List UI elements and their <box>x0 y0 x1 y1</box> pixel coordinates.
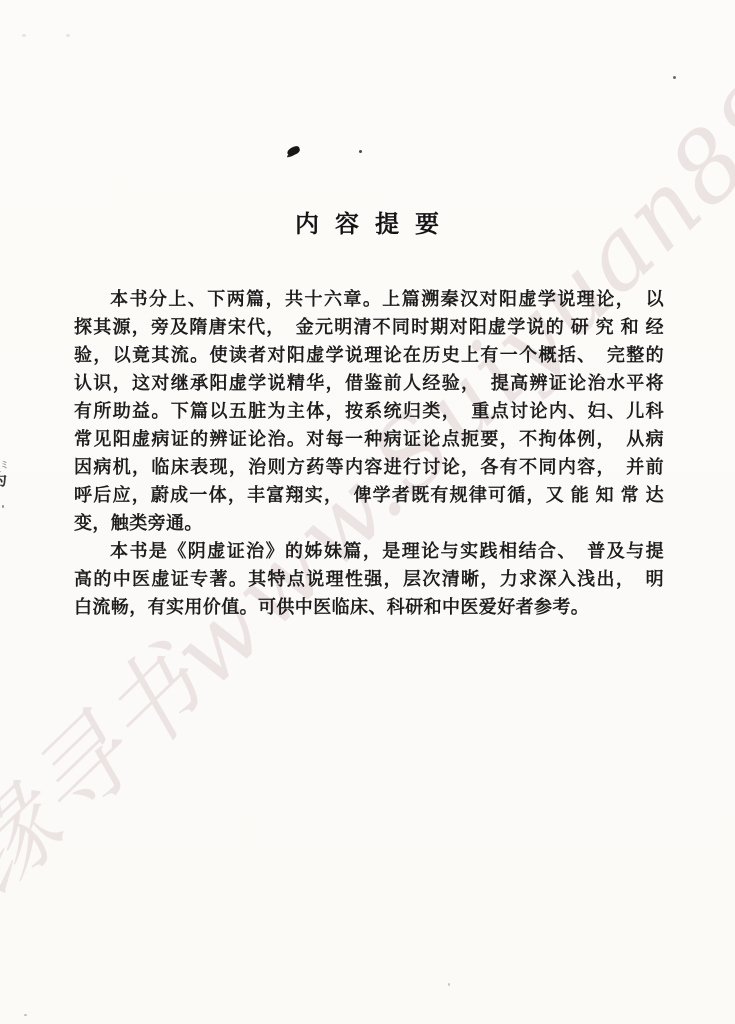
margin-scribble-dot <box>2 505 4 508</box>
ink-blot-artifact <box>286 145 301 157</box>
paragraph-line: 本书分上、下两篇，共十六章。上篇溯秦汉对阳虚学说理论， 以 <box>74 285 664 313</box>
speck-artifact <box>24 1014 27 1016</box>
paragraph-line: 因病机，临床表现，治则方药等内容进行讨论，各有不同内容， 并前 <box>74 453 664 481</box>
speck-artifact <box>673 76 676 79</box>
paragraph-line: 本书是《阴虚证治》的姊妹篇，是理论与实践相结合、 普及与提 <box>74 537 664 565</box>
speck-artifact <box>66 34 70 37</box>
margin-scribble-dark-mark: 为 <box>0 472 17 490</box>
speck-artifact <box>22 34 26 37</box>
paragraph-line: 呼后应，蔚成一体，丰富翔实， 俾学者既有规律可循，又 能 知 常 达 <box>74 481 664 509</box>
paragraph-line: 白流畅，有实用价值。可供中医临床、科研和中医爱好者参考。 <box>74 593 664 621</box>
paragraph-line: 高的中医虚证专著。其特点说理性强，层次清晰，力求深入浅出， 明 <box>74 565 664 593</box>
ink-dot-artifact <box>359 150 362 153</box>
margin-scribble-faint-mark: ミ <box>0 460 17 470</box>
summary-text-block: 本书分上、下两篇，共十六章。上篇溯秦汉对阳虚学说理论， 以 探其源，旁及隋唐宋代… <box>74 285 664 621</box>
speck-artifact <box>448 983 450 986</box>
paragraph-line: 变，触类旁通。 <box>74 509 664 537</box>
paragraph-line: 验，以竟其流。使读者对阳虚学说理论在历史上有一个概括、 完整的 <box>74 341 664 369</box>
paragraph-line: 有所助益。下篇以五脏为主体，按系统归类， 重点讨论内、妇、儿科 <box>74 397 664 425</box>
paragraph-line: 探其源，旁及隋唐宋代， 金元明清不同时期对阳虚学说的 研 究 和 经 <box>74 313 664 341</box>
paragraph-line: 认识，这对继承阳虚学说精华，借鉴前人经验， 提高辨证论治水平将 <box>74 369 664 397</box>
scanned-page: 缘寻书www.Suiyuan88.com 内 容 提 要 本书分上、下两篇，共十… <box>0 0 735 1024</box>
margin-scribble-artifact: ミ 为 <box>0 460 17 508</box>
page-title: 内 容 提 要 <box>0 204 735 239</box>
paragraph-line: 常见阳虚病证的辨证论治。对每一种病证论点扼要，不拘体例， 从病 <box>74 425 664 453</box>
